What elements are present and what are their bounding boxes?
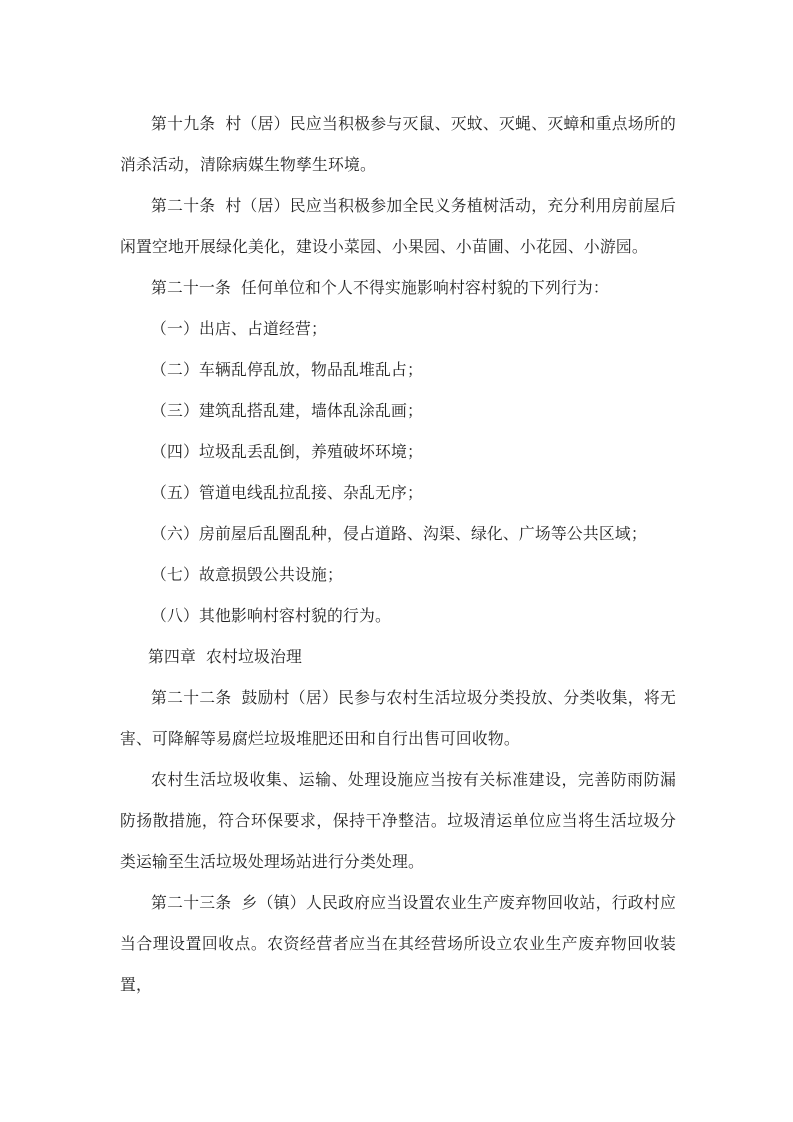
article-number: 第二十二条	[151, 688, 231, 707]
article-22: 第二十二条鼓励村（居）民参与农村生活垃圾分类投放、分类收集，将无害、可降解等易腐…	[120, 677, 676, 759]
chapter-heading: 第四章农村垃圾治理	[120, 636, 676, 677]
article-number: 第二十条	[151, 196, 215, 215]
list-item: （一）出店、占道经营；	[120, 308, 676, 349]
list-item: （七）故意损毁公共设施；	[120, 554, 676, 595]
list-item: （六）房前屋后乱圈乱种，侵占道路、沟渠、绿化、广场等公共区域；	[120, 513, 676, 554]
chapter-number: 第四章	[148, 647, 196, 666]
article-23: 第二十三条乡（镇）人民政府应当设置农业生产废弃物回收站，行政村应当合理设置回收点…	[120, 882, 676, 1005]
list-item: （三）建筑乱搭乱建，墙体乱涂乱画；	[120, 390, 676, 431]
chapter-title: 农村垃圾治理	[206, 647, 302, 666]
article-number: 第二十三条	[151, 893, 231, 912]
list-item: （八）其他影响村容村貌的行为。	[120, 595, 676, 636]
article-20: 第二十条村（居）民应当积极参加全民义务植树活动，充分利用房前屋后闲置空地开展绿化…	[120, 185, 676, 267]
article-21: 第二十一条任何单位和个人不得实施影响村容村貌的下列行为：	[120, 267, 676, 308]
paragraph: 农村生活垃圾收集、运输、处理设施应当按有关标准建设，完善防雨防漏防扬散措施，符合…	[120, 759, 676, 882]
list-item: （二）车辆乱停乱放，物品乱堆乱占；	[120, 349, 676, 390]
article-text: 任何单位和个人不得实施影响村容村貌的下列行为：	[241, 278, 609, 297]
document-page: 第十九条村（居）民应当积极参与灭鼠、灭蚊、灭蝇、灭蟑和重点场所的消杀活动，清除病…	[120, 103, 676, 1005]
article-number: 第十九条	[151, 114, 215, 133]
list-item: （四）垃圾乱丢乱倒，养殖破坏环境；	[120, 431, 676, 472]
article-number: 第二十一条	[151, 278, 231, 297]
list-item: （五）管道电线乱拉乱接、杂乱无序；	[120, 472, 676, 513]
article-19: 第十九条村（居）民应当积极参与灭鼠、灭蚊、灭蝇、灭蟑和重点场所的消杀活动，清除病…	[120, 103, 676, 185]
